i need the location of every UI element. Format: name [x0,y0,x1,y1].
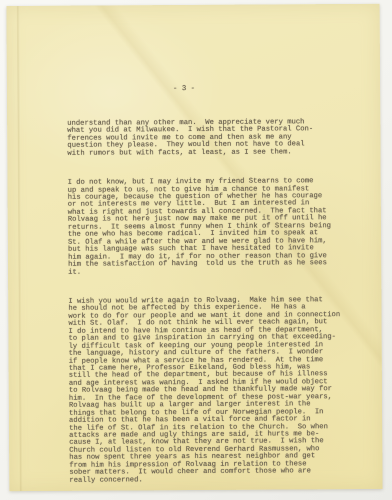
scan-background: - 3 - understand than any other man. We … [0,0,392,500]
paragraph-1: understand than any other man. We apprec… [67,119,367,158]
paragraph-3: I wish you would write again to Rolvaag.… [68,297,369,485]
letter-page: - 3 - understand than any other man. We … [7,4,383,491]
page-number: - 3 - [7,84,361,94]
paragraph-2: I do not know, but I may invite my frien… [68,178,369,277]
letter-body: understand than any other man. We apprec… [67,104,369,500]
